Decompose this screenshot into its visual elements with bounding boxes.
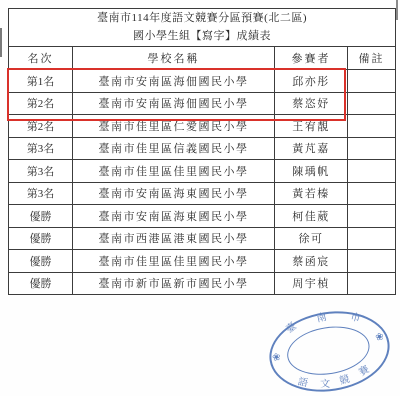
note-cell xyxy=(348,272,396,295)
scanned-results-sheet: 臺南市114年度語文競賽分區預賽(北二區) 國小學生組【寫字】成績表 名次 學校… xyxy=(0,0,400,396)
title-line-2: 國小學生組【寫字】成績表 xyxy=(9,28,395,45)
table-row: 第3名臺南市佳里區信義國民小學黃芃嘉 xyxy=(9,137,396,160)
school-cell: 臺南市新市區新市國民小學 xyxy=(73,272,275,295)
table-row: 第2名臺南市佳里區仁愛國民小學王宥靚 xyxy=(9,115,396,138)
note-cell xyxy=(348,182,396,205)
rank-cell: 第3名 xyxy=(9,160,73,183)
participant-cell: 蔡函宸 xyxy=(275,250,348,273)
participant-cell: 柯佳葳 xyxy=(275,205,348,228)
table-row: 第2名臺南市安南區海佃國民小學蔡恣妤 xyxy=(9,92,396,115)
column-header-rank: 名次 xyxy=(9,47,73,70)
participant-cell: 徐可 xyxy=(275,227,348,250)
table-row: 優勝臺南市西港區港東國民小學徐可 xyxy=(9,227,396,250)
school-cell: 臺南市佳里區仁愛國民小學 xyxy=(73,115,275,138)
participant-cell: 王宥靚 xyxy=(275,115,348,138)
note-cell xyxy=(348,205,396,228)
rank-cell: 第2名 xyxy=(9,92,73,115)
column-header-school: 學校名稱 xyxy=(73,47,275,70)
participant-cell: 邱亦彤 xyxy=(275,70,348,93)
table-row: 第3名臺南市安南區海東國民小學黃若榛 xyxy=(9,182,396,205)
participant-cell: 蔡恣妤 xyxy=(275,92,348,115)
rank-cell: 優勝 xyxy=(9,205,73,228)
scan-artifact-right xyxy=(396,0,398,20)
note-cell xyxy=(348,250,396,273)
table-row: 第3名臺南市佳里區佳里國民小學陳瑀帆 xyxy=(9,160,396,183)
school-cell: 臺南市西港區港東國民小學 xyxy=(73,227,275,250)
note-cell xyxy=(348,92,396,115)
participant-cell: 黃若榛 xyxy=(275,182,348,205)
table-row: 優勝臺南市新市區新市國民小學周宇楨 xyxy=(9,272,396,295)
note-cell xyxy=(348,70,396,93)
results-table: 臺南市114年度語文競賽分區預賽(北二區) 國小學生組【寫字】成績表 名次 學校… xyxy=(8,8,396,295)
stamp-bottom-char: 文 xyxy=(320,380,330,390)
note-cell xyxy=(348,227,396,250)
note-cell xyxy=(348,137,396,160)
school-cell: 臺南市安南區海東國民小學 xyxy=(73,182,275,205)
note-cell xyxy=(348,115,396,138)
participant-cell: 周宇楨 xyxy=(275,272,348,295)
rank-cell: 第3名 xyxy=(9,182,73,205)
table-row: 優勝臺南市安南區海東國民小學柯佳葳 xyxy=(9,205,396,228)
rank-cell: 優勝 xyxy=(9,250,73,273)
school-cell: 臺南市安南區海佃國民小學 xyxy=(73,92,275,115)
document-title: 臺南市114年度語文競賽分區預賽(北二區) 國小學生組【寫字】成績表 xyxy=(9,9,396,47)
participant-cell: 陳瑀帆 xyxy=(275,160,348,183)
column-header-note: 備註 xyxy=(348,47,396,70)
scan-artifact-left xyxy=(0,28,2,57)
rank-cell: 第2名 xyxy=(9,115,73,138)
school-cell: 臺南市佳里區佳里國民小學 xyxy=(73,250,275,273)
header-row: 名次 學校名稱 參賽者 備註 xyxy=(9,47,396,70)
column-header-participant: 參賽者 xyxy=(275,47,348,70)
rank-cell: 優勝 xyxy=(9,227,73,250)
results-tbody: 第1名臺南市安南區海佃國民小學邱亦彤第2名臺南市安南區海佃國民小學蔡恣妤第2名臺… xyxy=(9,70,396,295)
rank-cell: 優勝 xyxy=(9,272,73,295)
flower-emblem-icon: ❀ xyxy=(272,353,282,364)
table-row: 第1名臺南市安南區海佃國民小學邱亦彤 xyxy=(9,70,396,93)
table-row: 優勝臺南市佳里區佳里國民小學蔡函宸 xyxy=(9,250,396,273)
school-cell: 臺南市佳里區信義國民小學 xyxy=(73,137,275,160)
note-cell xyxy=(348,160,396,183)
rank-cell: 第3名 xyxy=(9,137,73,160)
title-row: 臺南市114年度語文競賽分區預賽(北二區) 國小學生組【寫字】成績表 xyxy=(9,9,396,47)
school-cell: 臺南市安南區海東國民小學 xyxy=(73,205,275,228)
school-cell: 臺南市佳里區佳里國民小學 xyxy=(73,160,275,183)
participant-cell: 黃芃嘉 xyxy=(275,137,348,160)
title-line-1: 臺南市114年度語文競賽分區預賽(北二區) xyxy=(9,10,395,27)
rank-cell: 第1名 xyxy=(9,70,73,93)
stamp: 臺南市語文競賽❀❀ xyxy=(264,303,396,396)
flower-emblem-icon: ❀ xyxy=(375,332,385,343)
school-cell: 臺南市安南區海佃國民小學 xyxy=(73,70,275,93)
